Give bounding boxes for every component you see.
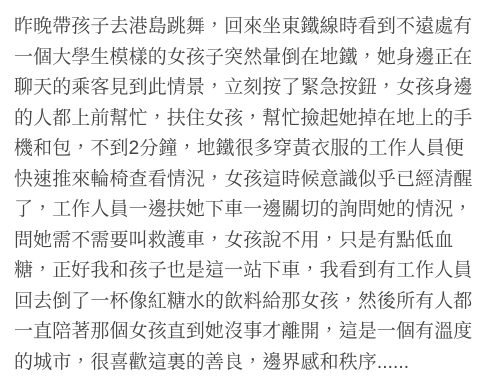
text-line: 了，工作人員一邊扶她下車一邊關切的詢問她的情況，: [14, 195, 464, 226]
text-line: 的人都上前幫忙，扶住女孩，幫忙撿起她掉在地上的手: [14, 104, 464, 135]
text-line: 昨晚帶孩子去港島跳舞，回來坐東鐵線時看到不遠處有: [14, 12, 464, 43]
text-line: 回去倒了一杯像紅糖水的飲料給那女孩，然後所有人都: [14, 287, 464, 318]
text-line: 快速推來輪椅查看情況，女孩這時候意識似乎已經清醒: [14, 165, 464, 196]
screenshot-root: 昨晚帶孩子去港島跳舞，回來坐東鐵線時看到不遠處有 一個大學生模樣的女孩子突然暈倒…: [0, 0, 477, 381]
text-line: 的城市，很喜歡這裏的善良，邊界感和秩序......: [14, 348, 464, 379]
text-line: 糖，正好我和孩子也是這一站下車，我看到有工作人員: [14, 256, 464, 287]
text-line: 問她需不需要叫救護車，女孩說不用，只是有點低血: [14, 226, 464, 257]
text-line: 一直陪著那個女孩直到她沒事才離開，這是一個有溫度: [14, 317, 464, 348]
text-line: 機和包，不到2分鐘，地鐵很多穿黃衣服的工作人員便: [14, 134, 464, 165]
text-line: 一個大學生模樣的女孩子突然暈倒在地鐵，她身邊正在: [14, 43, 464, 74]
text-line: 聊天的乘客見到此情景，立刻按了緊急按鈕，女孩身邊: [14, 73, 464, 104]
post-text: 昨晚帶孩子去港島跳舞，回來坐東鐵線時看到不遠處有 一個大學生模樣的女孩子突然暈倒…: [14, 12, 464, 378]
